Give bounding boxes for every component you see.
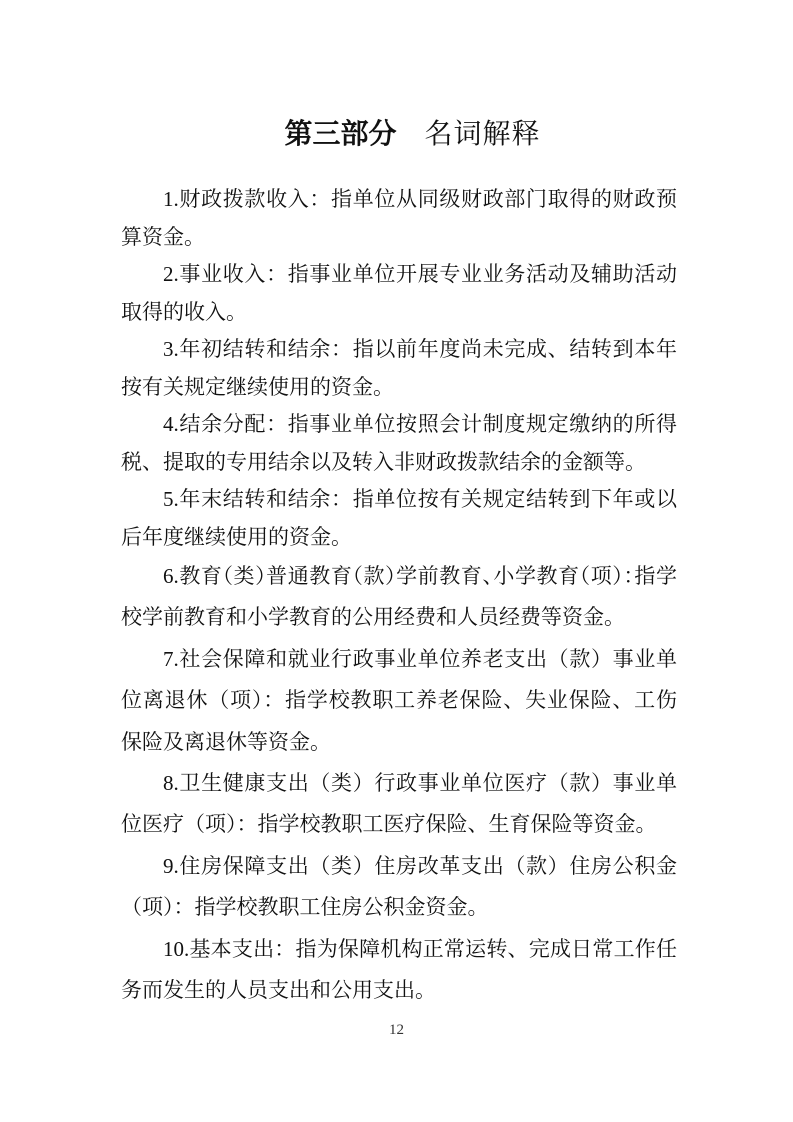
page-number: 12 [389,1022,404,1038]
page-footer: 12 [0,1021,793,1039]
document-page: 第三部分名词解释 1.财政拨款收入：指单位从同级财政部门取得的财政预算资金。 2… [0,0,793,1122]
definitions-list: 1.财政拨款收入：指单位从同级财政部门取得的财政预算资金。 2.事业收入：指事业… [121,181,677,1011]
definition-item-2: 2.事业收入：指事业单位开展专业业务活动及辅助活动取得的收入。 [121,256,677,331]
title-section-name: 名词解释 [425,119,541,150]
definition-item-1: 1.财政拨款收入：指单位从同级财政部门取得的财政预算资金。 [121,181,677,256]
definition-item-6: 6.教育（类）普通教育（款）学前教育、小学教育（项）：指学校学前教育和小学教育的… [121,556,677,639]
title-part-label: 第三部分 [284,118,396,149]
definition-item-9: 9.住房保障支出（类）住房改革支出（款）住房公积金（项）：指学校教职工住房公积金… [121,846,677,929]
definition-item-10: 10.基本支出：指为保障机构正常运转、完成日常工作任务而发生的人员支出和公用支出… [121,929,677,1012]
definition-item-3: 3.年初结转和结余：指以前年度尚未完成、结转到本年按有关规定继续使用的资金。 [121,331,677,406]
definition-item-7: 7.社会保障和就业行政事业单位养老支出（款）事业单位离退休（项）：指学校教职工养… [121,639,677,763]
definition-item-5: 5.年末结转和结余：指单位按有关规定结转到下年或以后年度继续使用的资金。 [121,481,677,556]
definition-item-8: 8.卫生健康支出（类）行政事业单位医疗（款）事业单位医疗（项）：指学校教职工医疗… [121,763,677,846]
page-title: 第三部分名词解释 [16,115,793,154]
definition-item-4: 4.结余分配：指事业单位按照会计制度规定缴纳的所得税、提取的专用结余以及转入非财… [121,406,677,481]
